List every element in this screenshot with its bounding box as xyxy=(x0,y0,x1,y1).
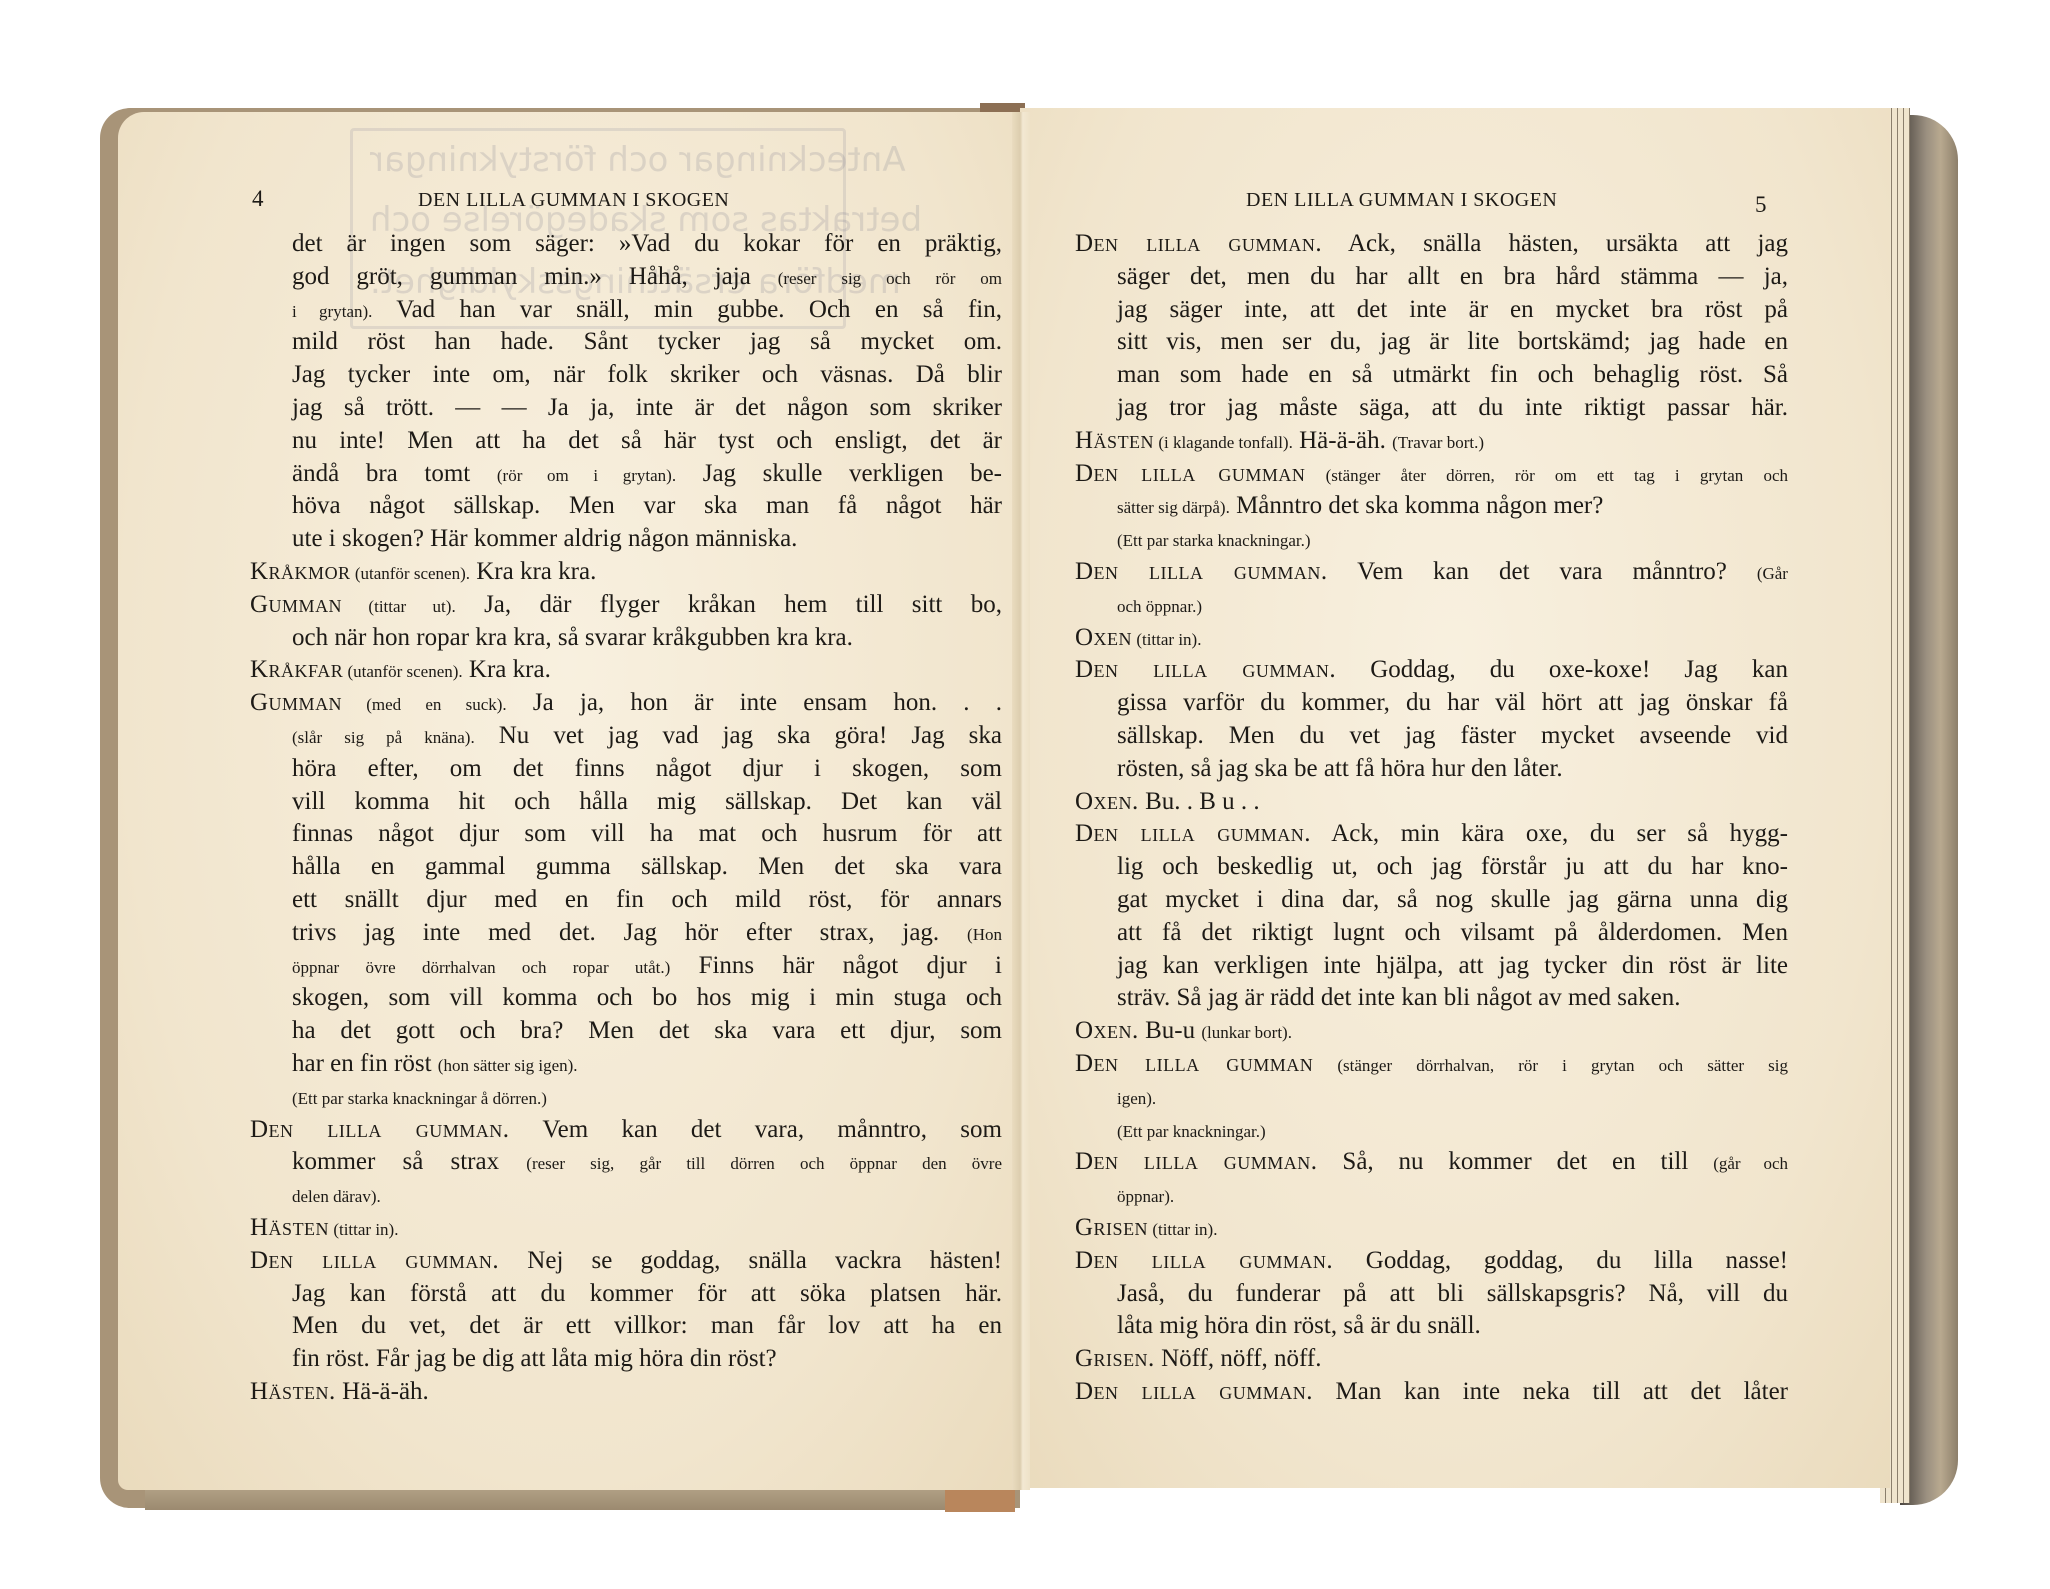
text-line: jag så trött. — — Ja ja, inte är det någ… xyxy=(250,392,1002,425)
stage-direction: (reser sig och rör om xyxy=(778,269,1002,288)
dialogue-text: hålla en gammal gumma sällskap. Men det … xyxy=(292,853,1002,880)
stage-direction: (reser sig, går till dörren och öppnar d… xyxy=(526,1154,1002,1173)
dialogue-text: sträv. Så jag är rädd det inte kan bli n… xyxy=(1117,984,1680,1011)
text-line: Men du vet, det är ett villkor: man får … xyxy=(250,1310,1002,1343)
text-line: Den lilla gumman. Ack, snälla hästen, ur… xyxy=(1075,228,1788,261)
stage-direction: (stänger dörrhalvan, rör i grytan och sä… xyxy=(1313,1056,1788,1075)
text-line: nu inte! Men att ha det så här tyst och … xyxy=(250,425,1002,458)
text-line: fin röst. Får jag be dig att låta mig hö… xyxy=(250,1343,1002,1376)
dialogue-text: ha det gott och bra? Men det ska vara et… xyxy=(292,1017,1002,1044)
text-line: (slår sig på knäna). Nu vet jag vad jag … xyxy=(250,720,1002,753)
speaker-name: Oxen. xyxy=(1075,1017,1139,1044)
speaker-name: Den lilla gumman xyxy=(1075,1050,1313,1077)
stage-direction: (lunkar bort). xyxy=(1201,1023,1292,1042)
dialogue-text: ute i skogen? Här kommer aldrig någon mä… xyxy=(292,525,797,552)
dialogue-text: Ack, snälla hästen, ursäkta att jag xyxy=(1322,230,1788,257)
dialogue-text: jag tror jag måste säga, att du inte rik… xyxy=(1117,394,1788,421)
stage-direction: öppnar övre dörrhalvan och ropar utåt.) xyxy=(292,958,670,977)
speaker-name: Den lilla gumman. xyxy=(1075,1247,1333,1274)
dialogue-text: ett snällt djur med en fin och mild röst… xyxy=(292,886,1002,913)
stage-direction: (stänger åter dörren, rör om ett tag i g… xyxy=(1305,466,1788,485)
text-line: ett snällt djur med en fin och mild röst… xyxy=(250,884,1002,917)
text-line: jag kan verkligen inte hjälpa, att jag t… xyxy=(1075,950,1788,983)
text-line: kommer så strax (reser sig, går till dör… xyxy=(250,1146,1002,1179)
dialogue-text: Nu vet jag vad jag ska göra! Jag ska xyxy=(475,722,1002,749)
running-head-left: DEN LILLA GUMMAN I SKOGEN xyxy=(418,189,729,212)
dialogue-text: Kra kra kra. xyxy=(470,558,596,585)
dialogue-text: Nej se goddag, snälla vackra hästen! xyxy=(499,1247,1002,1274)
dialogue-text: Jag tycker inte om, när folk skriker och… xyxy=(292,361,1002,388)
text-line: igen). xyxy=(1075,1081,1788,1114)
stage-direction: (hon sätter sig igen). xyxy=(438,1056,578,1075)
dialogue-text: Ack, min kära oxe, du ser så hygg- xyxy=(1311,820,1788,847)
stage-direction: (i klagande tonfall). xyxy=(1154,433,1293,452)
running-head-right: DEN LILLA GUMMAN I SKOGEN xyxy=(1246,189,1557,212)
dialogue-text: rösten, så jag ska be att få höra hur de… xyxy=(1117,755,1563,782)
speaker-name: Grisen xyxy=(1075,1214,1148,1241)
text-line: Jaså, du funderar på att bli sällskapsgr… xyxy=(1075,1278,1788,1311)
stage-direction: (rör om i grytan). xyxy=(497,466,676,485)
stage-direction: (utanför scenen). xyxy=(343,662,462,681)
speaker-name: Den lilla gumman. xyxy=(1075,656,1336,683)
dialogue-text: Nöff, nöff, nöff. xyxy=(1155,1345,1322,1372)
dialogue-text: nu inte! Men att ha det så här tyst och … xyxy=(292,427,1002,454)
dialogue-text: skogen, som vill komma och bo hos mig i … xyxy=(292,984,1002,1011)
text-line: ändå bra tomt (rör om i grytan). Jag sku… xyxy=(250,458,1002,491)
dialogue-text: och när hon ropar kra kra, så svarar krå… xyxy=(292,624,853,651)
speaker-name: Gumman xyxy=(250,689,342,716)
dialogue-text: fin röst. Får jag be dig att låta mig hö… xyxy=(292,1345,777,1372)
stage-direction: (Ett par starka knackningar.) xyxy=(1117,531,1311,550)
dialogue-text: säger det, men du har allt en bra hård s… xyxy=(1117,263,1788,290)
speaker-name: Den lilla gumman. xyxy=(1075,820,1311,847)
dialogue-text: Men du vet, det är ett villkor: man får … xyxy=(292,1312,1002,1339)
dialogue-text: Vem kan det vara, månntro, som xyxy=(509,1116,1002,1143)
dialogue-text: Kra kra. xyxy=(463,656,551,683)
text-line: man som hade en så utmärkt fin och behag… xyxy=(1075,359,1788,392)
text-line: (Ett par starka knackningar.) xyxy=(1075,523,1788,556)
text-line: ute i skogen? Här kommer aldrig någon mä… xyxy=(250,523,1002,556)
stage-direction: (Ett par knackningar.) xyxy=(1117,1122,1266,1141)
text-line: finnas något djur som vill ha mat och hu… xyxy=(250,818,1002,851)
text-line: Den lilla gumman. Man kan inte neka till… xyxy=(1075,1376,1788,1409)
text-line: Oxen. Bu. . B u . . xyxy=(1075,786,1788,819)
dialogue-text: gat mycket i dina dar, så nog skulle jag… xyxy=(1117,886,1788,913)
text-line: Grisen (tittar in). xyxy=(1075,1212,1788,1245)
page-number-right: 5 xyxy=(1755,192,1767,218)
dialogue-text: att få det riktigt lugnt och vilsamt på … xyxy=(1117,919,1788,946)
spine-bottom-tab xyxy=(945,1490,1015,1512)
text-line: Hästen (i klagande tonfall). Hä-ä-äh. (T… xyxy=(1075,425,1788,458)
text-line: Den lilla gumman. Ack, min kära oxe, du … xyxy=(1075,818,1788,851)
text-line: gat mycket i dina dar, så nog skulle jag… xyxy=(1075,884,1788,917)
speaker-name: Den lilla gumman. xyxy=(250,1247,499,1274)
stage-direction: (Ett par starka knackningar å dörren.) xyxy=(292,1089,547,1108)
speaker-name: Oxen. xyxy=(1075,788,1139,815)
text-line: Jag tycker inte om, när folk skriker och… xyxy=(250,359,1002,392)
speaker-name: Den lilla gumman xyxy=(1075,460,1305,487)
text-line: Den lilla gumman. Nej se goddag, snälla … xyxy=(250,1245,1002,1278)
stage-direction: (Hon xyxy=(967,925,1002,944)
dialogue-text: gissa varför du kommer, du har väl hört … xyxy=(1117,689,1788,716)
speaker-name: Gumman xyxy=(250,591,342,618)
stage-direction: (tittar in). xyxy=(329,1220,398,1239)
dialogue-text: Jag skulle verkligen be- xyxy=(676,460,1002,487)
dialogue-text: Jag kan förstå att du kommer för att sök… xyxy=(292,1280,1002,1307)
text-line: Grisen. Nöff, nöff, nöff. xyxy=(1075,1343,1788,1376)
dialogue-text: Goddag, du oxe-koxe! Jag kan xyxy=(1336,656,1788,683)
text-line: vill komma hit och hålla mig sällskap. D… xyxy=(250,786,1002,819)
dialogue-text: ändå bra tomt xyxy=(292,460,497,487)
dialogue-text: god gröt, gumman min.» Håhå, jaja xyxy=(292,263,778,290)
text-line: sällskap. Men du vet jag fäster mycket a… xyxy=(1075,720,1788,753)
stage-direction: (tittar in). xyxy=(1148,1220,1217,1239)
dialogue-text: Bu-u xyxy=(1139,1017,1202,1044)
dialogue-text: mild röst han hade. Sånt tycker jag så m… xyxy=(292,328,1002,355)
speaker-name: Grisen. xyxy=(1075,1345,1155,1372)
text-line: Oxen (tittar in). xyxy=(1075,622,1788,655)
dialogue-text: vill komma hit och hålla mig sällskap. D… xyxy=(292,788,1002,815)
text-line: och öppnar.) xyxy=(1075,589,1788,622)
stage-direction: (tittar in). xyxy=(1132,630,1201,649)
text-line: lig och beskedlig ut, och jag förstår ju… xyxy=(1075,851,1788,884)
dialogue-text: Jaså, du funderar på att bli sällskapsgr… xyxy=(1117,1280,1788,1307)
dialogue-text: Finns här något djur i xyxy=(670,952,1002,979)
text-line: hålla en gammal gumma sällskap. Men det … xyxy=(250,851,1002,884)
speaker-name: Hästen xyxy=(1075,427,1154,454)
speaker-name: Den lilla gumman. xyxy=(1075,1378,1313,1405)
stage-direction: (Travar bort.) xyxy=(1392,433,1484,452)
dialogue-text: jag så trött. — — Ja ja, inte är det någ… xyxy=(292,394,1002,421)
dialogue-text: Månntro det ska komma någon mer? xyxy=(1230,492,1604,519)
stage-direction: (slår sig på knäna). xyxy=(292,728,475,747)
text-line: det är ingen som säger: »Vad du kokar fö… xyxy=(250,228,1002,261)
text-line: mild röst han hade. Sånt tycker jag så m… xyxy=(250,326,1002,359)
right-page-text: Den lilla gumman. Ack, snälla hästen, ur… xyxy=(1075,228,1788,1409)
speaker-name: Hästen. xyxy=(250,1378,336,1405)
text-line: skogen, som vill komma och bo hos mig i … xyxy=(250,982,1002,1015)
text-line: jag säger inte, att det inte är en mycke… xyxy=(1075,294,1788,327)
text-line: sträv. Så jag är rädd det inte kan bli n… xyxy=(1075,982,1788,1015)
text-line: ha det gott och bra? Men det ska vara et… xyxy=(250,1015,1002,1048)
text-line: jag tror jag måste säga, att du inte rik… xyxy=(1075,392,1788,425)
open-book: Anteckningar och förstykningar betraktas… xyxy=(0,0,2050,1589)
dialogue-text: man som hade en så utmärkt fin och behag… xyxy=(1117,361,1788,388)
text-line: öppnar övre dörrhalvan och ropar utåt.) … xyxy=(250,950,1002,983)
text-line: Gumman (tittar ut). Ja, där flyger kråka… xyxy=(250,589,1002,622)
text-line: Gumman (med en suck). Ja ja, hon är inte… xyxy=(250,687,1002,720)
text-line: Den lilla gumman. Vem kan det vara, månn… xyxy=(250,1114,1002,1147)
dialogue-text: har en fin röst xyxy=(292,1050,438,1077)
text-line: Kråkmor (utanför scenen). Kra kra kra. xyxy=(250,556,1002,589)
stage-direction: och öppnar.) xyxy=(1117,597,1202,616)
stage-direction: igen). xyxy=(1117,1089,1156,1108)
dialogue-text: låta mig höra din röst, så är du snäll. xyxy=(1117,1312,1481,1339)
text-line: Den lilla gumman. Goddag, goddag, du lil… xyxy=(1075,1245,1788,1278)
stage-direction: (med en suck). xyxy=(342,695,507,714)
stage-direction: (tittar ut). xyxy=(342,597,456,616)
dialogue-text: Goddag, goddag, du lilla nasse! xyxy=(1333,1247,1788,1274)
stage-direction: sätter sig därpå). xyxy=(1117,498,1230,517)
text-line: delen därav). xyxy=(250,1179,1002,1212)
left-page-text: det är ingen som säger: »Vad du kokar fö… xyxy=(250,228,1002,1409)
text-line: Den lilla gumman (stänger dörrhalvan, rö… xyxy=(1075,1048,1788,1081)
speaker-name: Kråkfar xyxy=(250,656,343,683)
text-line: trivs jag inte med det. Jag hör efter st… xyxy=(250,917,1002,950)
stage-direction: (utanför scenen). xyxy=(351,564,470,583)
stage-direction: (går och xyxy=(1713,1154,1788,1173)
dialogue-text: det är ingen som säger: »Vad du kokar fö… xyxy=(292,230,1002,257)
dialogue-text: höva något sällskap. Men var ska man få … xyxy=(292,492,1002,519)
text-line: Den lilla gumman. Vem kan det vara månnt… xyxy=(1075,556,1788,589)
text-line: (Ett par starka knackningar å dörren.) xyxy=(250,1081,1002,1114)
stamp-text: Anteckningar och förstykningar xyxy=(370,140,906,180)
dialogue-text: Så, nu kommer det en till xyxy=(1318,1148,1714,1175)
dialogue-text: Man kan inte neka till att det låter xyxy=(1313,1378,1788,1405)
text-line: har en fin röst (hon sätter sig igen). xyxy=(250,1048,1002,1081)
text-line: i grytan). Vad han var snäll, min gubbe.… xyxy=(250,294,1002,327)
text-line: Jag kan förstå att du kommer för att sök… xyxy=(250,1278,1002,1311)
page-number-left: 4 xyxy=(252,186,264,212)
text-line: Kråkfar (utanför scenen). Kra kra. xyxy=(250,654,1002,687)
stage-direction: delen därav). xyxy=(292,1187,381,1206)
dialogue-text: Bu. . B u . . xyxy=(1139,788,1260,815)
speaker-name: Kråkmor xyxy=(250,558,351,585)
dialogue-text: kommer så strax xyxy=(292,1148,526,1175)
dialogue-text: Vad han var snäll, min gubbe. Och en så … xyxy=(372,296,1002,323)
text-line: Den lilla gumman (stänger åter dörren, r… xyxy=(1075,458,1788,491)
text-line: och när hon ropar kra kra, så svarar krå… xyxy=(250,622,1002,655)
text-line: att få det riktigt lugnt och vilsamt på … xyxy=(1075,917,1788,950)
dialogue-text: jag säger inte, att det inte är en mycke… xyxy=(1117,296,1788,323)
stage-direction: i grytan). xyxy=(292,302,372,321)
text-line: (Ett par knackningar.) xyxy=(1075,1114,1788,1147)
dialogue-text: höra efter, om det finns något djur i sk… xyxy=(292,755,1002,782)
dialogue-text: sitt vis, men ser du, jag är lite bortsk… xyxy=(1117,328,1788,355)
dialogue-text: Ja, där flyger kråkan hem till sitt bo, xyxy=(456,591,1002,618)
dialogue-text: finnas något djur som vill ha mat och hu… xyxy=(292,820,1002,847)
stage-direction: öppnar). xyxy=(1117,1187,1174,1206)
text-line: höva något sällskap. Men var ska man få … xyxy=(250,490,1002,523)
text-line: Hästen (tittar in). xyxy=(250,1212,1002,1245)
speaker-name: Den lilla gumman. xyxy=(250,1116,509,1143)
speaker-name: Hästen xyxy=(250,1214,329,1241)
text-line: rösten, så jag ska be att få höra hur de… xyxy=(1075,753,1788,786)
text-line: öppnar). xyxy=(1075,1179,1788,1212)
dialogue-text: Vem kan det vara månntro? xyxy=(1328,558,1757,585)
stage-direction: (Går xyxy=(1757,564,1788,583)
text-line: säger det, men du har allt en bra hård s… xyxy=(1075,261,1788,294)
text-line: Oxen. Bu-u (lunkar bort). xyxy=(1075,1015,1788,1048)
speaker-name: Den lilla gumman. xyxy=(1075,230,1322,257)
text-line: höra efter, om det finns något djur i sk… xyxy=(250,753,1002,786)
text-line: Den lilla gumman. Så, nu kommer det en t… xyxy=(1075,1146,1788,1179)
text-line: sätter sig därpå). Månntro det ska komma… xyxy=(1075,490,1788,523)
speaker-name: Den lilla gumman. xyxy=(1075,1148,1318,1175)
book-gutter xyxy=(1012,112,1030,1490)
dialogue-text: Ja ja, hon är inte ensam hon. . . xyxy=(507,689,1002,716)
text-line: låta mig höra din röst, så är du snäll. xyxy=(1075,1310,1788,1343)
text-line: Den lilla gumman. Goddag, du oxe-koxe! J… xyxy=(1075,654,1788,687)
dialogue-text: Hä-ä-äh. xyxy=(1293,427,1392,454)
dialogue-text: lig och beskedlig ut, och jag förstår ju… xyxy=(1117,853,1788,880)
text-line: god gröt, gumman min.» Håhå, jaja (reser… xyxy=(250,261,1002,294)
dialogue-text: sällskap. Men du vet jag fäster mycket a… xyxy=(1117,722,1788,749)
speaker-name: Oxen xyxy=(1075,624,1132,651)
text-line: sitt vis, men ser du, jag är lite bortsk… xyxy=(1075,326,1788,359)
text-line: gissa varför du kommer, du har väl hört … xyxy=(1075,687,1788,720)
dialogue-text: jag kan verkligen inte hjälpa, att jag t… xyxy=(1117,952,1788,979)
dialogue-text: trivs jag inte med det. Jag hör efter st… xyxy=(292,919,967,946)
speaker-name: Den lilla gumman. xyxy=(1075,558,1328,585)
text-line: Hästen. Hä-ä-äh. xyxy=(250,1376,1002,1409)
dialogue-text: Hä-ä-äh. xyxy=(336,1378,429,1405)
